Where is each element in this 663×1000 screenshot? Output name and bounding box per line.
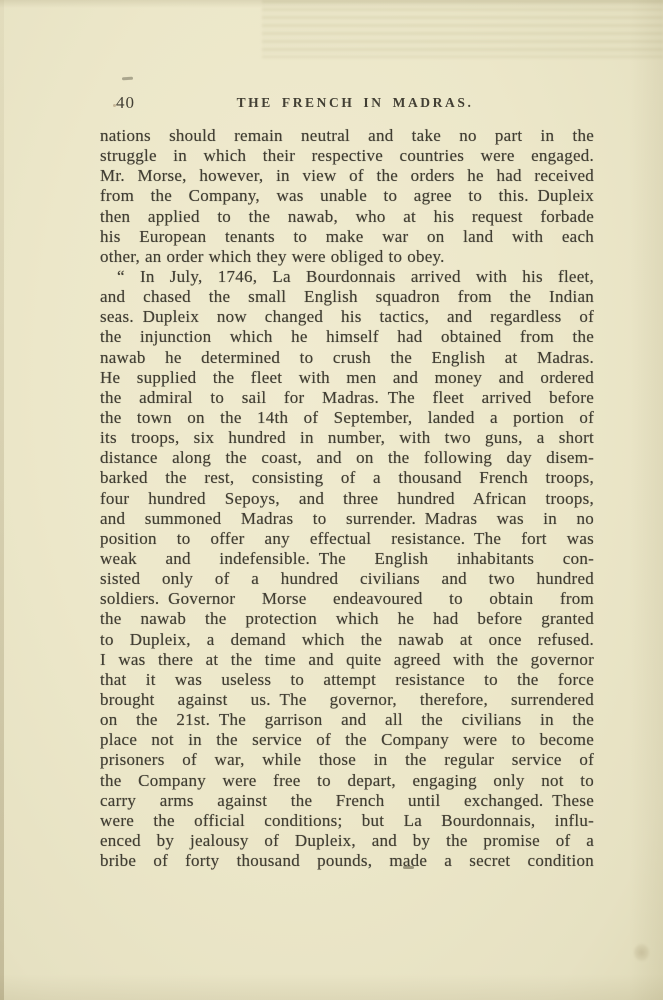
text-line: soldiers. Governor Morse endeavoured to …: [100, 589, 594, 609]
text-line: brought against us. The governor, theref…: [100, 690, 594, 710]
paragraph: “ In July, 1746, La Bourdonnais arrived …: [100, 267, 594, 871]
scan-top-edge: [0, 0, 663, 8]
running-title: THE FRENCH IN MADRAS.: [100, 95, 610, 111]
text-line: He supplied the fleet with men and money…: [100, 368, 594, 388]
text-line: nations should remain neutral and take n…: [100, 126, 594, 146]
book-page-scan: 40 THE FRENCH IN MADRAS. nations should …: [0, 0, 663, 1000]
text-line: and summoned Madras to surrender. Madras…: [100, 509, 594, 529]
running-header: 40 THE FRENCH IN MADRAS.: [100, 93, 594, 113]
scan-left-edge: [0, 0, 4, 1000]
paper-smudge: [634, 944, 649, 961]
text-line: the town on the 14th of September, lande…: [100, 408, 594, 428]
text-line: the injunction which he himself had obta…: [100, 327, 594, 347]
text-line: barked the rest, consisting of a thousan…: [100, 468, 594, 488]
text-line: from the Company, was unable to agree to…: [100, 186, 594, 206]
text-line: four hundred Sepoys, and three hundred A…: [100, 489, 594, 509]
scan-right-vignette: [629, 0, 663, 1000]
text-line: Mr. Morse, however, in view of the order…: [100, 166, 594, 186]
text-line: the admiral to sail for Madras. The flee…: [100, 388, 594, 408]
text-line: bribe of forty thousand pounds, made a s…: [100, 851, 594, 871]
text-block: nations should remain neutral and take n…: [100, 126, 594, 871]
scan-band-artifact: [262, 0, 663, 58]
paragraph: nations should remain neutral and take n…: [100, 126, 594, 267]
ink-dash-mark-top: [122, 77, 133, 81]
text-line: his European tenants to make war on land…: [100, 227, 594, 247]
text-line: prisoners of war, while those in the reg…: [100, 750, 594, 770]
text-line: seas. Dupleix now changed his tactics, a…: [100, 307, 594, 327]
text-line: and chased the small English squadron fr…: [100, 287, 594, 307]
text-line: position to offer any effectual resistan…: [100, 529, 594, 549]
text-line: carry arms against the French until exch…: [100, 791, 594, 811]
text-line: nawab he determined to crush the English…: [100, 348, 594, 368]
text-line: were the official conditions; but La Bou…: [100, 811, 594, 831]
scan-bottom-vignette: [0, 974, 663, 1000]
text-line: to Dupleix, a demand which the nawab at …: [100, 630, 594, 650]
text-line: distance along the coast, and on the fol…: [100, 448, 594, 468]
text-line: on the 21st. The garrison and all the ci…: [100, 710, 594, 730]
text-line: the Company were free to depart, engagin…: [100, 771, 594, 791]
text-line: “ In July, 1746, La Bourdonnais arrived …: [100, 267, 594, 287]
text-line: I was there at the time and quite agreed…: [100, 650, 594, 670]
text-line: its troops, six hundred in number, with …: [100, 428, 594, 448]
text-line: place not in the service of the Company …: [100, 730, 594, 750]
text-line: sisted only of a hundred civilians and t…: [100, 569, 594, 589]
text-line: enced by jealousy of Dupleix, and by the…: [100, 831, 594, 851]
text-line: the nawab the protection which he had be…: [100, 609, 594, 629]
text-line: that it was useless to attempt resistanc…: [100, 670, 594, 690]
text-line: struggle in which their respective count…: [100, 146, 594, 166]
text-line: other, an order which they were obliged …: [100, 247, 594, 267]
text-line: weak and indefensible. The English inhab…: [100, 549, 594, 569]
text-line: then applied to the nawab, who at his re…: [100, 207, 594, 227]
